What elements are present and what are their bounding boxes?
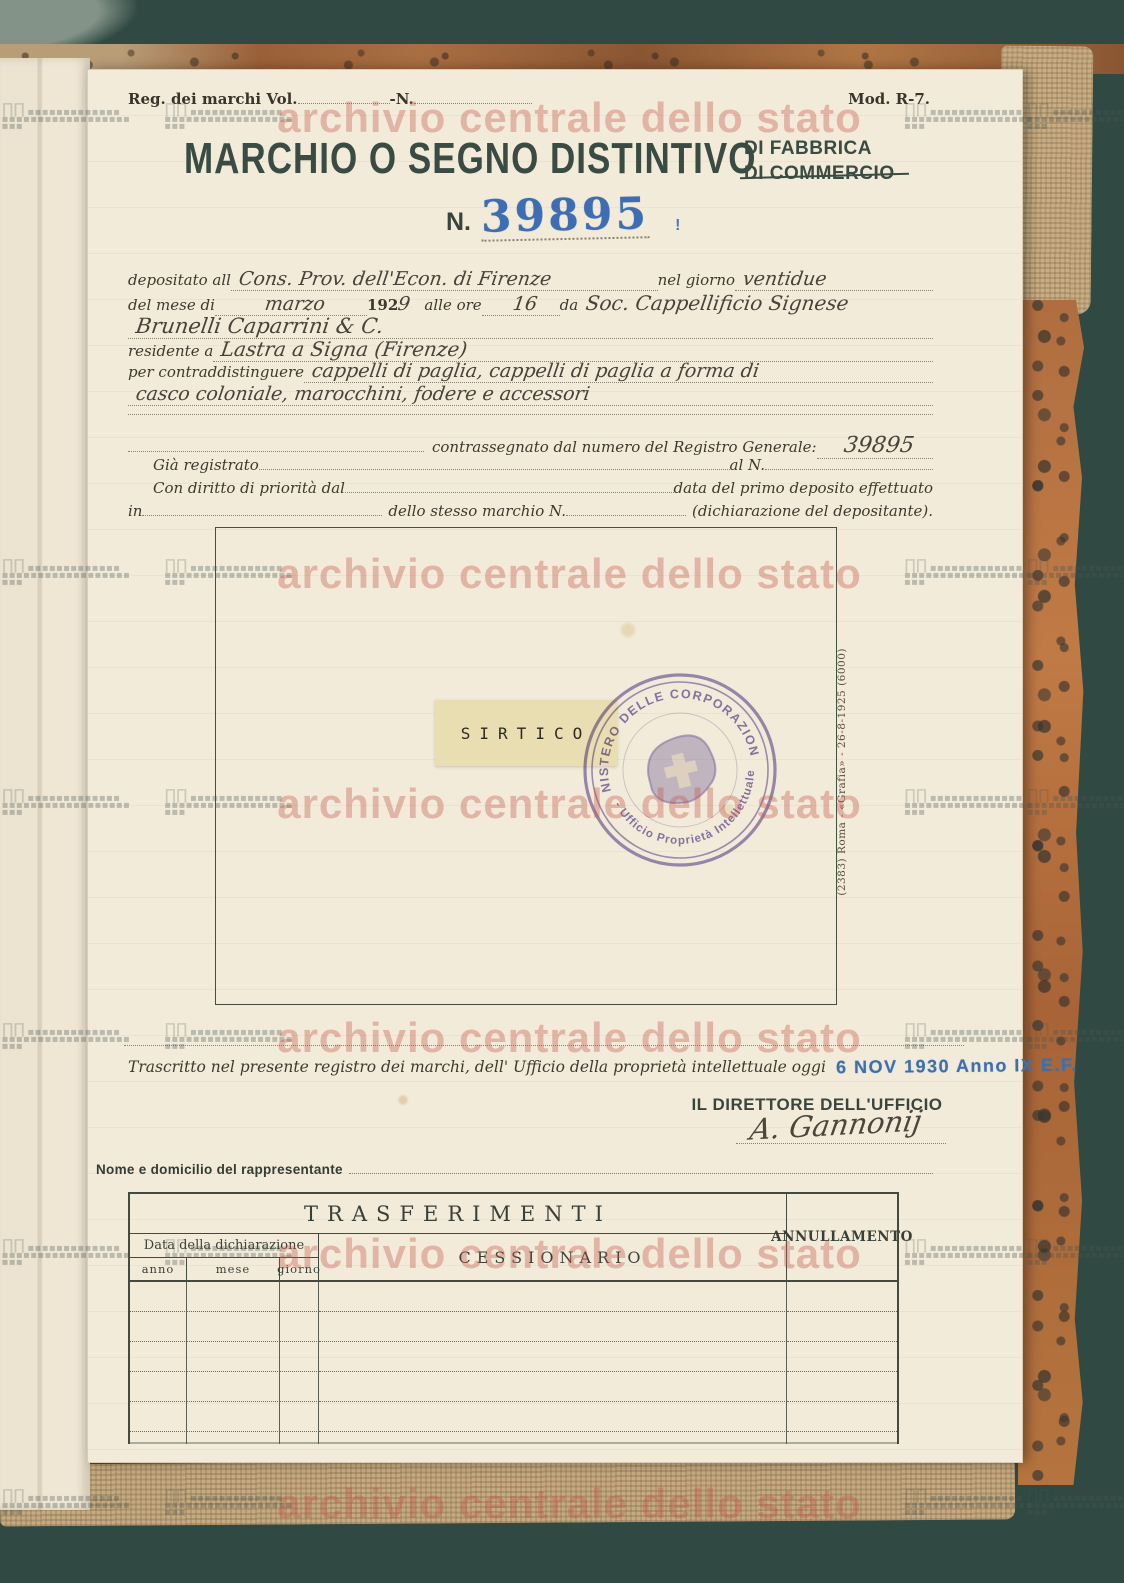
transfers-empty-cell bbox=[787, 1372, 897, 1402]
form-title: MARCHIO O SEGNO DISTINTIVO bbox=[184, 134, 732, 184]
priorita-label: Con diritto di priorità dal bbox=[153, 479, 345, 497]
representative-label: Nome e domicilio del rappresentante bbox=[96, 1162, 343, 1177]
year-prefix-label: 192 bbox=[367, 296, 398, 314]
transfers-empty-cell bbox=[280, 1282, 319, 1312]
transfers-empty-cell bbox=[319, 1372, 787, 1402]
blank-segment bbox=[128, 451, 424, 452]
cessionario-header-cell: CESSIONARIO bbox=[319, 1234, 787, 1282]
annullamento-header-cell: ANNULLAMENTO bbox=[787, 1194, 897, 1282]
transfers-empty-cell bbox=[787, 1282, 897, 1312]
book-bottom-burlap bbox=[0, 1457, 1015, 1526]
deposit-hour-value: 16 bbox=[511, 293, 538, 315]
number-label: N. bbox=[446, 208, 471, 237]
transfers-stub-cell bbox=[280, 1432, 319, 1444]
scanned-register-page: Reg. dei marchi Vol. -N. Mod. R-7. MARCH… bbox=[0, 0, 1124, 1583]
deposit-month-value: marzo bbox=[263, 293, 326, 315]
contrassegnato-label: contrassegnato dal numero del Registro G… bbox=[424, 438, 817, 456]
depositor-company-value-2: Brunelli Caparrini & C. bbox=[134, 314, 385, 338]
anno-header-cell: anno bbox=[130, 1258, 187, 1282]
di-commercio-struck-label: DI COMMERCIO bbox=[744, 161, 895, 186]
depositato-label: depositato all bbox=[128, 271, 231, 289]
registration-number-stamp: 39895 bbox=[481, 192, 650, 242]
declaration-date-header-cell: Data della dichiarazione bbox=[130, 1234, 319, 1258]
representative-row: Nome e domicilio del rappresentante bbox=[96, 1162, 933, 1177]
deposit-line-3: Brunelli Caparrini & C. bbox=[128, 314, 933, 337]
transfers-empty-cell bbox=[130, 1282, 187, 1312]
reg-n-blank bbox=[414, 103, 532, 104]
stesso-marchio-line: in dello stesso marchio N. (dichiarazion… bbox=[128, 502, 933, 525]
deposit-line-2: del mese di marzo 192 9 alle ore 16 da S… bbox=[128, 291, 933, 314]
transfers-empty-cell bbox=[280, 1372, 319, 1402]
transfers-empty-cell bbox=[787, 1312, 897, 1342]
mod-label: Mod. R-7. bbox=[848, 90, 930, 108]
transcription-row: Trascritto nel presente registro dei mar… bbox=[128, 1056, 982, 1077]
transfers-empty-cell bbox=[280, 1402, 319, 1432]
book-cover-marbled-edge bbox=[1018, 300, 1084, 1485]
transfers-empty-cell bbox=[187, 1312, 280, 1342]
al-n-label: al N. bbox=[730, 456, 765, 474]
printer-imprint: (2383) Roma - «Grafia» - 26-8-1925 (6000… bbox=[836, 648, 856, 908]
depositor-company-value: Soc. Cappellificio Signese bbox=[585, 291, 851, 315]
transfers-stub-cell bbox=[787, 1432, 897, 1444]
priorita-line: Con diritto di priorità dal data del pri… bbox=[128, 479, 933, 502]
stamp-emblem bbox=[641, 730, 722, 810]
deposit-day-value: ventidue bbox=[742, 268, 829, 290]
transfers-empty-cell bbox=[280, 1312, 319, 1342]
contraddistinguere-label: per contraddistinguere bbox=[128, 363, 304, 381]
transfers-title-cell: TRASFERIMENTI bbox=[130, 1194, 787, 1234]
transfers-empty-cell bbox=[130, 1342, 187, 1372]
date-stamp: 6 NOV 1930 Anno IX E.F. bbox=[836, 1055, 1078, 1079]
form-title-qualifier: DI FABBRICA DI COMMERCIO bbox=[744, 136, 944, 186]
reg-n-label: -N. bbox=[390, 90, 414, 108]
in-label: in bbox=[128, 502, 142, 520]
mese-header-cell: mese bbox=[187, 1258, 280, 1282]
deposit-line-4: residente a Lastra a Signa (Firenze) bbox=[128, 337, 933, 360]
transfers-stub-cell bbox=[319, 1432, 787, 1444]
reg-marchi-label: Reg. dei marchi Vol. bbox=[128, 90, 298, 108]
transfers-empty-cell bbox=[187, 1342, 280, 1372]
transfers-empty-cell bbox=[280, 1342, 319, 1372]
deposit-line-1: depositato all Cons. Prov. dell'Econ. di… bbox=[128, 268, 933, 291]
reg-vol-blank bbox=[298, 103, 390, 104]
transfers-stub-cell bbox=[130, 1432, 187, 1444]
nel-giorno-label: nel giorno bbox=[658, 271, 735, 289]
register-header-row: Reg. dei marchi Vol. -N. Mod. R-7. bbox=[128, 90, 930, 108]
stray-ink-mark: ! bbox=[675, 217, 680, 235]
printer-imprint-text: (2383) Roma - «Grafia» - 26-8-1925 (6000… bbox=[836, 648, 848, 896]
transfers-empty-cell bbox=[319, 1282, 787, 1312]
transfers-empty-cell bbox=[187, 1282, 280, 1312]
transfers-empty-cell bbox=[187, 1372, 280, 1402]
trademark-form-page: Reg. dei marchi Vol. -N. Mod. R-7. MARCH… bbox=[88, 70, 1022, 1462]
transfers-empty-cell bbox=[787, 1342, 897, 1372]
di-fabbrica-label: DI FABBRICA bbox=[744, 136, 944, 161]
signature-dotted-line bbox=[736, 1143, 946, 1144]
da-label: da bbox=[560, 296, 579, 314]
page-stack-edge bbox=[0, 58, 90, 1510]
year-digit-value: 9 bbox=[397, 293, 412, 315]
deposited-office-value: Cons. Prov. dell'Econ. di Firenze bbox=[237, 268, 552, 290]
transfers-empty-cell bbox=[130, 1372, 187, 1402]
transfers-empty-cell bbox=[130, 1312, 187, 1342]
goods-value-2: casco coloniale, marocchini, fodere e ac… bbox=[134, 383, 591, 405]
transfers-empty-cell bbox=[130, 1402, 187, 1432]
transfers-stub-cell bbox=[187, 1432, 280, 1444]
deposit-line-5: per contraddistinguere cappelli di pagli… bbox=[128, 360, 933, 383]
gia-registrato-label: Già registrato bbox=[153, 456, 259, 474]
separator-dotted-line bbox=[124, 1045, 964, 1046]
transfers-empty-cell bbox=[787, 1402, 897, 1432]
transfers-empty-cell bbox=[319, 1402, 787, 1432]
gia-registrato-line: Già registrato al N. bbox=[128, 456, 933, 479]
data-primo-label: data del primo deposito effettuato bbox=[674, 479, 933, 497]
transfers-empty-cell bbox=[319, 1342, 787, 1372]
registro-generale-value: 39895 bbox=[842, 433, 916, 458]
transfers-empty-cell bbox=[319, 1312, 787, 1342]
del-mese-label: del mese di bbox=[128, 296, 215, 314]
registro-generale-line: contrassegnato dal numero del Registro G… bbox=[128, 433, 933, 456]
giorno-header-cell: giorno bbox=[280, 1258, 319, 1282]
residente-label: residente a bbox=[128, 342, 213, 360]
registration-number-row: N. 39895 ! bbox=[446, 194, 680, 240]
transfers-empty-cell bbox=[187, 1402, 280, 1432]
transfers-table: TRASFERIMENTI ANNULLAMENTO Data della di… bbox=[128, 1192, 899, 1444]
dichiarazione-label: (dichiarazione del depositante). bbox=[686, 502, 933, 520]
residence-value: Lastra a Signa (Firenze) bbox=[220, 337, 470, 361]
deposit-line-6: casco coloniale, marocchini, fodere e ac… bbox=[128, 383, 933, 406]
alle-ore-label: alle ore bbox=[424, 296, 481, 314]
transcription-label: Trascritto nel presente registro dei mar… bbox=[128, 1058, 826, 1076]
goods-value-1: cappelli di paglia, cappelli di paglia a… bbox=[310, 360, 760, 382]
archive-building-icon: ∏∏ ■■■■■■■■■■■■■■■■■■■■■■■■■■■■■■■■■■ bbox=[1027, 1492, 1122, 1516]
stesso-marchio-label: dello stesso marchio N. bbox=[382, 502, 566, 520]
